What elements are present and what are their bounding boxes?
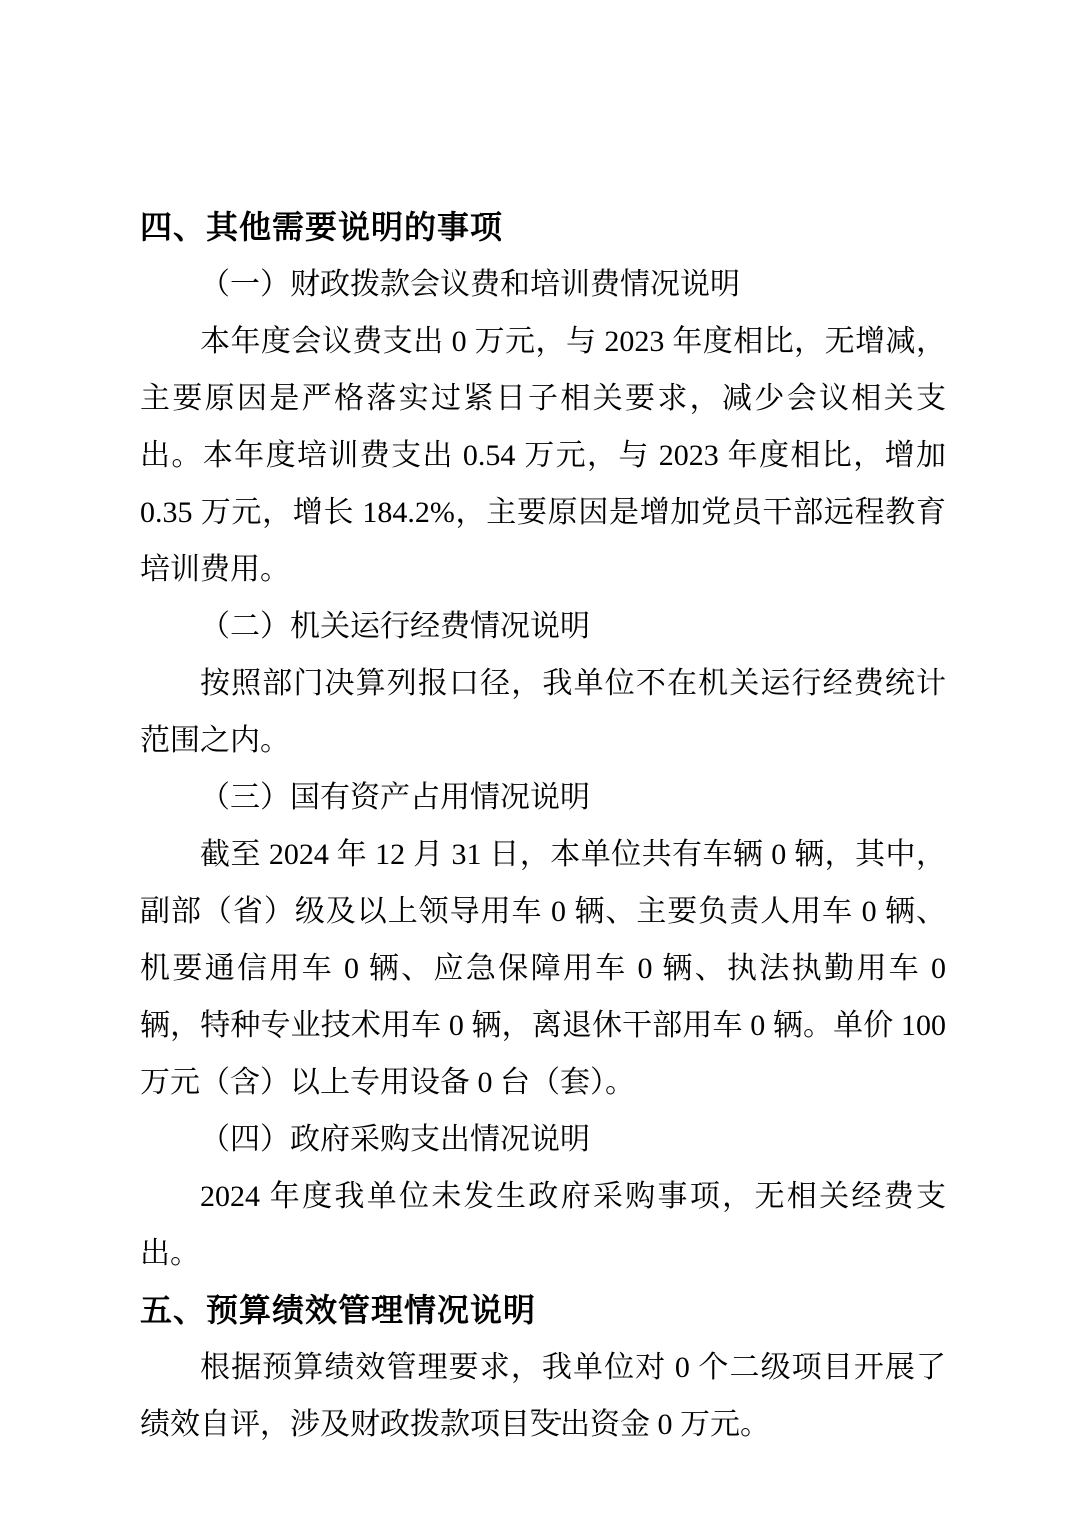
- subsection-heading-state-assets: （三）国有资产占用情况说明: [140, 769, 946, 826]
- subsection-heading-operating-expenses: （二）机关运行经费情况说明: [140, 598, 946, 655]
- paragraph-meeting-training-fees: 本年度会议费支出 0 万元，与 2023 年度相比，无增减，主要原因是严格落实过…: [140, 313, 946, 598]
- section-heading-budget-performance: 五、预算绩效管理情况说明: [140, 1282, 946, 1339]
- paragraph-operating-expenses: 按照部门决算列报口径，我单位不在机关运行经费统计范围之内。: [140, 655, 946, 769]
- paragraph-state-assets: 截至 2024 年 12 月 31 日，本单位共有车辆 0 辆，其中，副部（省）…: [140, 826, 946, 1111]
- subsection-heading-gov-procurement: （四）政府采购支出情况说明: [140, 1111, 946, 1168]
- paragraph-gov-procurement: 2024 年度我单位未发生政府采购事项，无相关经费支出。: [140, 1168, 946, 1282]
- page-number: - 7 -: [0, 1404, 1075, 1430]
- document-body: 四、其他需要说明的事项 （一）财政拨款会议费和培训费情况说明 本年度会议费支出 …: [140, 199, 946, 1453]
- section-heading-other-matters: 四、其他需要说明的事项: [140, 199, 946, 256]
- subsection-heading-meeting-training-fees: （一）财政拨款会议费和培训费情况说明: [140, 256, 946, 313]
- document-page: 四、其他需要说明的事项 （一）财政拨款会议费和培训费情况说明 本年度会议费支出 …: [0, 0, 1075, 1520]
- paragraph-budget-performance: 根据预算绩效管理要求，我单位对 0 个二级项目开展了绩效自评，涉及财政拨款项目支…: [140, 1339, 946, 1453]
